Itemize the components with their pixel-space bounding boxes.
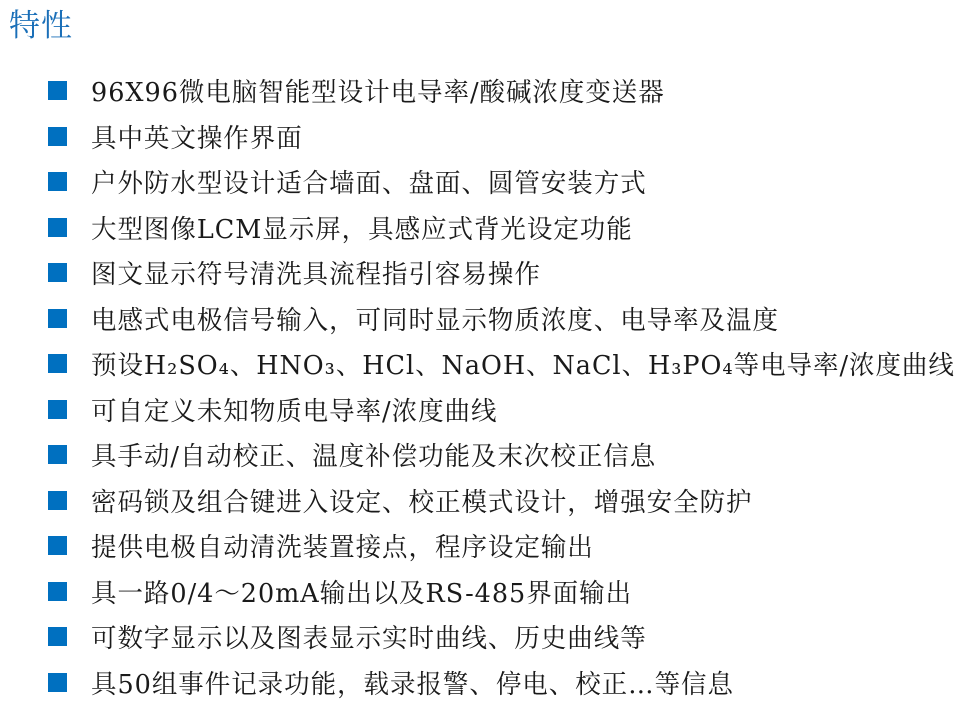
- feature-list: 96X96微电脑智能型设计电导率/酸碱浓度变送器 具中英文操作界面 户外防水型设…: [48, 68, 954, 705]
- feature-item: 可自定义未知物质电导率/浓度曲线: [48, 387, 954, 433]
- page-title: 特性: [9, 6, 73, 46]
- feature-text: 96X96微电脑智能型设计电导率/酸碱浓度变送器: [91, 72, 665, 109]
- feature-item: 提供电极自动清洗装置接点，程序设定输出: [48, 523, 954, 569]
- square-bullet-icon: [48, 445, 67, 464]
- feature-text: 具一路0/4～20mA输出以及RS-485界面输出: [91, 573, 632, 610]
- square-bullet-icon: [48, 400, 67, 419]
- feature-item: 可数字显示以及图表显示实时曲线、历史曲线等: [48, 614, 954, 660]
- square-bullet-icon: [48, 263, 67, 282]
- square-bullet-icon: [48, 81, 67, 100]
- square-bullet-icon: [48, 218, 67, 237]
- square-bullet-icon: [48, 491, 67, 510]
- feature-text: 可自定义未知物质电导率/浓度曲线: [91, 391, 497, 428]
- feature-item: 96X96微电脑智能型设计电导率/酸碱浓度变送器: [48, 68, 954, 114]
- feature-item: 具50组事件记录功能，载录报警、停电、校正…等信息: [48, 660, 954, 706]
- feature-text: 密码锁及组合键进入设定、校正模式设计，增强安全防护: [91, 482, 753, 519]
- feature-item: 具中英文操作界面: [48, 114, 954, 160]
- square-bullet-icon: [48, 536, 67, 555]
- feature-item: 图文显示符号清洗具流程指引容易操作: [48, 250, 954, 296]
- square-bullet-icon: [48, 627, 67, 646]
- square-bullet-icon: [48, 354, 67, 373]
- feature-item: 户外防水型设计适合墙面、盘面、圆管安装方式: [48, 159, 954, 205]
- feature-item: 密码锁及组合键进入设定、校正模式设计，增强安全防护: [48, 478, 954, 524]
- feature-text: 具50组事件记录功能，载录报警、停电、校正…等信息: [91, 664, 734, 701]
- feature-text: 大型图像LCM显示屏，具感应式背光设定功能: [91, 209, 633, 246]
- square-bullet-icon: [48, 673, 67, 692]
- feature-text: 具手动/自动校正、温度补偿功能及末次校正信息: [91, 436, 656, 473]
- feature-item: 预设H₂SO₄、HNO₃、HCl、NaOH、NaCl、H₃PO₄等电导率/浓度曲…: [48, 341, 954, 387]
- feature-text: 图文显示符号清洗具流程指引容易操作: [91, 254, 541, 291]
- square-bullet-icon: [48, 127, 67, 146]
- feature-text: 可数字显示以及图表显示实时曲线、历史曲线等: [91, 618, 647, 655]
- feature-item: 具一路0/4～20mA输出以及RS-485界面输出: [48, 569, 954, 615]
- square-bullet-icon: [48, 309, 67, 328]
- feature-item: 电感式电极信号输入，可同时显示物质浓度、电导率及温度: [48, 296, 954, 342]
- feature-item: 大型图像LCM显示屏，具感应式背光设定功能: [48, 205, 954, 251]
- feature-text: 提供电极自动清洗装置接点，程序设定输出: [91, 527, 594, 564]
- square-bullet-icon: [48, 172, 67, 191]
- feature-text: 具中英文操作界面: [91, 118, 303, 155]
- feature-text: 电感式电极信号输入，可同时显示物质浓度、电导率及温度: [91, 300, 779, 337]
- square-bullet-icon: [48, 582, 67, 601]
- feature-text: 预设H₂SO₄、HNO₃、HCl、NaOH、NaCl、H₃PO₄等电导率/浓度曲…: [91, 345, 954, 382]
- feature-text: 户外防水型设计适合墙面、盘面、圆管安装方式: [91, 163, 647, 200]
- feature-item: 具手动/自动校正、温度补偿功能及末次校正信息: [48, 432, 954, 478]
